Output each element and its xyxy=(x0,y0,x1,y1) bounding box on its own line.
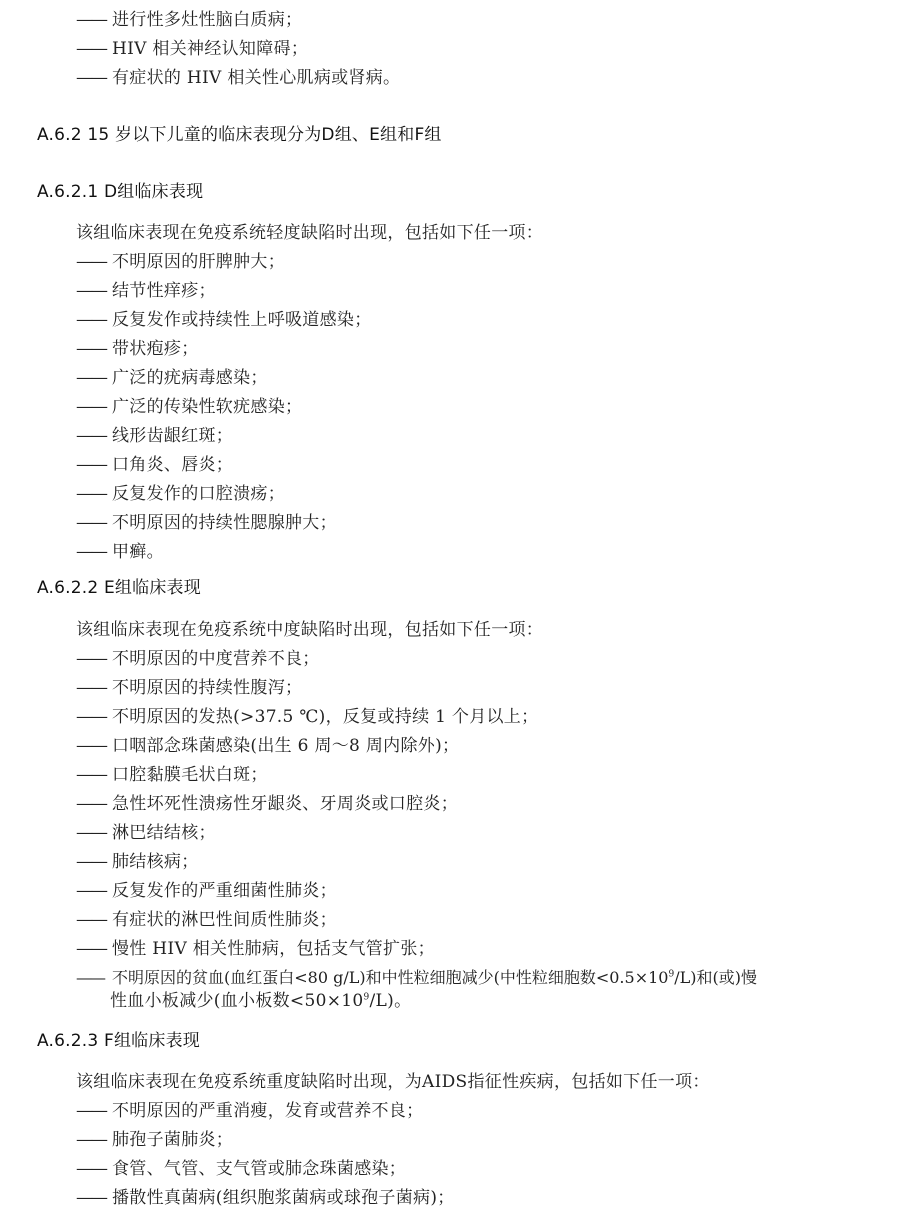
list-item: ——急性坏死性溃疡性牙龈炎、牙周炎或口腔炎； xyxy=(76,793,458,815)
list-item: ——有症状的 HIV 相关性心肌病或肾病。 xyxy=(76,67,400,89)
list-item: ——不明原因的肝脾肿大； xyxy=(76,251,285,273)
list-item: ——播散性真菌病(组织胞浆菌病或球孢子菌病)； xyxy=(76,1187,455,1209)
list-item: ——不明原因的严重消瘦，发育或营养不良； xyxy=(76,1100,423,1122)
list-item: ——广泛的传染性软疣感染； xyxy=(76,396,302,418)
list-item: ——有症状的淋巴性间质性肺炎； xyxy=(76,909,337,931)
list-item: ——广泛的疣病毒感染； xyxy=(76,367,268,389)
list-item: ——口角炎、唇炎； xyxy=(76,454,233,476)
list-item: ——不明原因的持续性腮腺肿大； xyxy=(76,512,337,534)
list-item: ——HIV 相关神经认知障碍； xyxy=(76,38,308,60)
list-item: ——口腔黏膜毛状白斑； xyxy=(76,764,268,786)
list-item-continuation: 性血小板减少(血小板数<50×109/L)。 xyxy=(110,990,411,1012)
group-f-intro: 该组临床表现在免疫系统重度缺陷时出现，为AIDS指征性疾病，包括如下任一项： xyxy=(76,1071,710,1093)
list-item: ——淋巴结结核； xyxy=(76,822,216,844)
list-item: ——不明原因的发热(>37.5 ℃)，反复或持续 1 个月以上； xyxy=(76,706,538,728)
section-heading-group-f: A.6.2.3 F组临床表现 xyxy=(37,1030,200,1052)
section-heading-a62: A.6.2 15 岁以下儿童的临床表现分为D组、E组和F组 xyxy=(37,124,442,146)
list-item: ——食管、气管、支气管或肺念珠菌感染； xyxy=(76,1158,406,1180)
list-item: ——反复发作的口腔溃疡； xyxy=(76,483,285,505)
list-item: ——不明原因的中度营养不良； xyxy=(76,648,320,670)
list-item: ——进行性多灶性脑白质病； xyxy=(76,9,302,31)
section-heading-group-d: A.6.2.1 D组临床表现 xyxy=(37,181,203,203)
list-item: ——带状疱疹； xyxy=(76,338,199,360)
list-item: ——甲癣。 xyxy=(76,541,164,563)
list-item: ——反复发作的严重细菌性肺炎； xyxy=(76,880,337,902)
list-item: ——反复发作或持续性上呼吸道感染； xyxy=(76,309,372,331)
list-item: ——肺孢子菌肺炎； xyxy=(76,1129,233,1151)
group-d-intro: 该组临床表现在免疫系统轻度缺陷时出现，包括如下任一项： xyxy=(76,222,543,244)
list-item: ——线形齿龈红斑； xyxy=(76,425,233,447)
section-heading-group-e: A.6.2.2 E组临床表现 xyxy=(37,577,201,599)
document-page: ——进行性多灶性脑白质病； ——HIV 相关神经认知障碍； ——有症状的 HIV… xyxy=(0,0,903,1219)
list-item: ——不明原因的贫血(血红蛋白<80 g/L)和中性粒细胞减少(中性粒细胞数<0.… xyxy=(76,967,757,989)
list-item: ——口咽部念珠菌感染(出生 6 周～8 周内除外)； xyxy=(76,735,459,757)
list-item: ——慢性 HIV 相关性肺病，包括支气管扩张； xyxy=(76,938,435,960)
list-item: ——肺结核病； xyxy=(76,851,199,873)
group-e-intro: 该组临床表现在免疫系统中度缺陷时出现，包括如下任一项： xyxy=(76,619,543,641)
list-item: ——不明原因的持续性腹泻； xyxy=(76,677,302,699)
list-item: ——结节性痒疹； xyxy=(76,280,216,302)
